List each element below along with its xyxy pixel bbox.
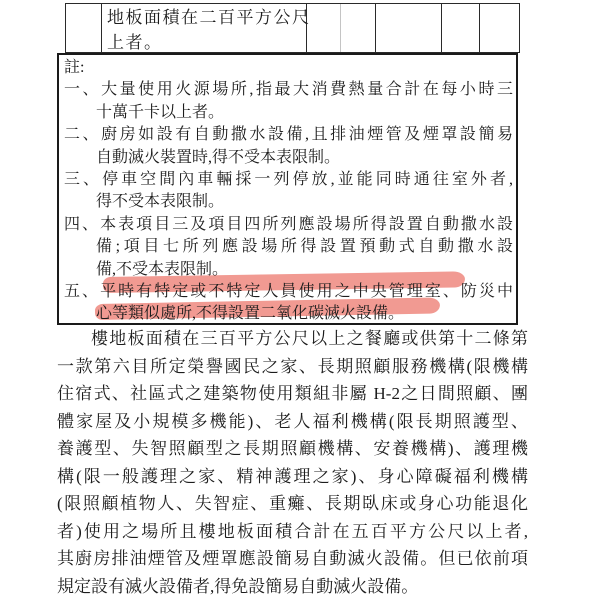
note-line: 一、大量使用火源場所,指最大消費熱量合計在每小時三 [64,79,513,101]
paragraph-line: 體家屋及小規模多機能)、老人福利機構(限長期照護型、 [57,408,528,436]
paragraph-line: 其廚房排油煙管及煙罩應設簡易自動滅火設備。但已依前項 [57,545,528,573]
paragraph-line: 住宿式、社區式之建築物使用類組非屬 H-2之日間照顧、團 [57,380,528,408]
note-line: 自動滅火裝置時,得不受本表限制。 [64,147,513,169]
table-cell-text-line2: 上者。 [102,29,306,54]
paragraph-line: 規定設有滅火設備者,得免設簡易自動滅火設備。 [57,573,528,600]
paragraph-line: 構(限一般護理之家、精神護理之家)、身心障礙福利機構 [57,463,528,491]
paragraph-line: 者)使用之場所且樓地板面積合計在五百平方公尺以上者, [57,518,528,546]
note-line: 備;項目七所列應設場所得設置預動式自動撒水設 [64,236,513,258]
note-line: 三、停車空間內車輛採一列停放,並能同時通往室外者, [64,169,513,191]
paragraph-line: 一款第六目所定榮譽國民之家、長期照顧服務機構(限機構 [57,353,528,381]
paragraph-line: 養護型、失智照顧型之長期照顧機構、安養機構)、護理機 [57,435,528,463]
note-line: 得不受本表限制。 [64,191,513,213]
table-cell-empty [66,4,102,52]
paragraph-line: 樓地板面積在三百平方公尺以上之餐廳或供第十二條第 [57,325,528,353]
note-heading: 註: [64,57,513,79]
notes-box: 註: 一、大量使用火源場所,指最大消費熱量合計在每小時三 十萬千卡以上者。 二、… [57,53,518,325]
note-line-highlighted: 心等類似處所,不得設置二氧化碳滅火設備。 [64,303,513,325]
note-line: 四、本表項目三及項目四所列應設場所得設置自動撒水設 [64,214,513,236]
table-cell-empty [307,4,341,52]
paragraph-line: (限照顧植物人、失智症、重癱、長期臥床或身心功能退化 [57,490,528,518]
note-line: 備,不受本表限制。 [64,259,513,281]
table-cell-text-line1: 地板面積在二百平方公尺 [102,4,306,29]
table-cell-text: 地板面積在二百平方公尺 上者。 [102,4,307,52]
table-cell-empty [442,4,480,52]
note-line-highlighted: 五、平時有特定或不特定人員使用之中央管理室、防災中 [64,281,513,303]
table-cell-empty [376,4,442,52]
table-cell-empty [341,4,376,52]
table-cell-empty [480,4,519,52]
note-line: 二、廚房如設有自動撒水設備,且排油煙管及煙罩設簡易 [64,124,513,146]
body-paragraph: 樓地板面積在三百平方公尺以上之餐廳或供第十二條第 一款第六目所定榮譽國民之家、長… [57,325,528,600]
table-fragment-row: 地板面積在二百平方公尺 上者。 [65,3,520,53]
document-page: 地板面積在二百平方公尺 上者。 註: 一、大量使用火源場所,指最大消費熱量合計在… [0,0,600,600]
note-line: 十萬千卡以上者。 [64,102,513,124]
